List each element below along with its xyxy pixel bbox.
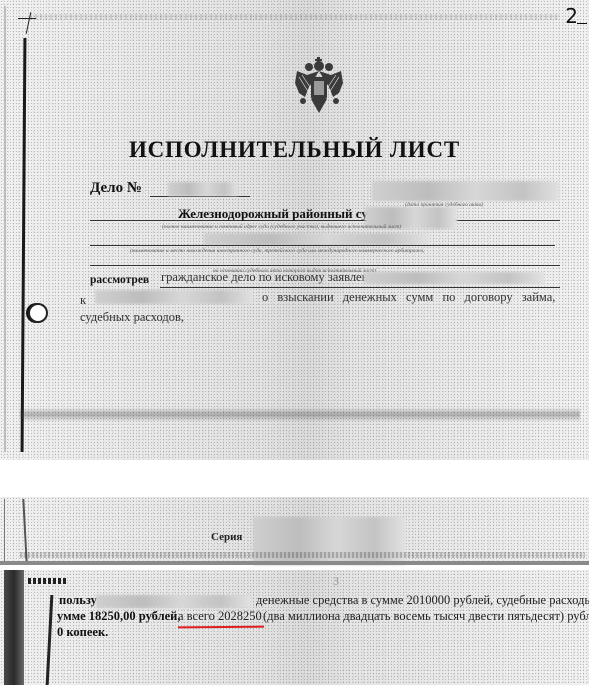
basis-line [90,265,560,266]
claim-text-continued: судебных расходов, [80,310,184,325]
total-amount-highlighted: а всего 2028250 [178,609,262,624]
writ-excerpt-strip: 3 пользу денежные средства в сумме 20100… [0,570,589,685]
court-caption: (полное наименование и почтовый адрес су… [162,224,401,230]
scan-edge-line [4,499,5,563]
fold-crease [20,408,580,422]
redacted-defendant [95,290,253,304]
redacted-plaintiff [364,272,544,284]
total-amount-words: (два миллиона двадцать восемь тысяч двес… [263,609,589,624]
case-number-label: Дело № [90,180,142,197]
binding-line [46,595,54,685]
redacted-beneficiary [96,595,251,608]
document-title: ИСПОЛНИТЕЛЬНЫЙ ЛИСТ [0,137,589,163]
redacted-case-number [168,182,238,196]
court-costs-amount: умме 18250,00 рублей, [57,609,181,624]
considered-text: гражданское дело по исковому заявлению [161,270,384,285]
red-highlight-underline [178,626,264,629]
page-number: 2 [565,4,577,28]
faint-page-digit: 3 [333,574,339,589]
beneficiary-prefix: пользу [59,593,97,608]
redacted-date [372,181,560,201]
claim-text: о взыскании денежных сумм по договору за… [262,290,555,305]
page-edge [0,561,589,565]
scan-artifact [28,578,68,584]
scan-top-band [30,14,560,20]
considered-label: рассмотрев [90,274,149,286]
kopecks-text: 0 копеек. [57,625,108,640]
russian-coat-of-arms-icon [293,57,345,117]
series-label: Серия [211,531,242,543]
defendant-prefix: к [80,293,86,308]
principal-amount-text: денежные средства в сумме 2010000 рублей… [256,593,589,608]
punch-hole [28,303,48,323]
scan-bottom-band [20,552,585,558]
scan-edge-line [4,6,6,452]
considered-line [160,287,560,288]
case-number-line [150,196,250,197]
scan-dark-edge [4,570,24,685]
writ-series-strip: Серия [0,497,589,565]
binding-line [21,38,27,452]
foreign-court-caption: (наименование и место нахождения иностра… [130,248,425,254]
court-name: Железнодорожный районный суд [178,206,374,222]
writ-top-page: 2 ИСПОЛНИТЕЛЬНЫЙ ЛИСТ Дело № (дата приня… [0,0,589,460]
redacted-foreign-court [204,233,429,245]
foreign-court-line [90,245,555,246]
